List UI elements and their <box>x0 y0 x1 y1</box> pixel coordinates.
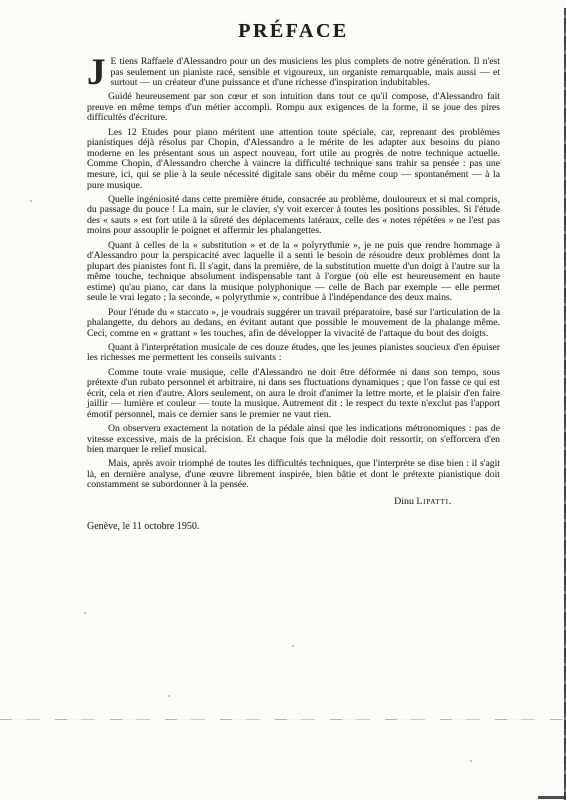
paragraph-text: E tiens Raffaele d'Alessandro pour un de… <box>111 56 501 88</box>
signature-first-name: Dinu <box>394 496 414 507</box>
paragraph: Mais, après avoir triomphé de toutes les… <box>87 459 500 491</box>
paragraph: Les 12 Etudes pour piano méritent une at… <box>87 128 500 192</box>
scan-speckle <box>30 200 32 202</box>
scan-corner-mark <box>538 796 564 799</box>
signature-surname: Lipatti. <box>416 496 452 507</box>
signature: Dinu Lipatti. <box>87 496 500 507</box>
scan-speckle <box>470 760 472 762</box>
scan-speckle <box>84 612 86 614</box>
paragraph: Guidé heureusement par son cœur et son i… <box>87 92 500 124</box>
paragraph: Pour l'étude du « staccato », je voudrai… <box>87 308 500 340</box>
paragraph: Quant à l'interprétation musicale de ces… <box>87 343 500 364</box>
scan-speckle <box>292 645 294 647</box>
paragraph: Quelle ingéniosité dans cette première é… <box>87 195 500 237</box>
drop-cap: J <box>87 57 111 88</box>
scan-line-artifact <box>0 719 566 720</box>
text-block: PRÉFACE JE tiens Raffaele d'Alessandro p… <box>87 20 500 532</box>
scan-speckle <box>168 695 170 697</box>
paragraph: On observera exactement la notation de l… <box>87 424 500 456</box>
dateline: Genève, le 11 octobre 1950. <box>87 521 500 532</box>
paragraph: JE tiens Raffaele d'Alessandro pour un d… <box>87 57 500 89</box>
paragraph: Comme toute vraie musique, celle d'Aless… <box>87 368 500 421</box>
paragraph: Quant à celles de la « substitution » et… <box>87 241 500 305</box>
page-title: PRÉFACE <box>87 20 500 43</box>
scanned-document-page: PRÉFACE JE tiens Raffaele d'Alessandro p… <box>0 0 566 800</box>
